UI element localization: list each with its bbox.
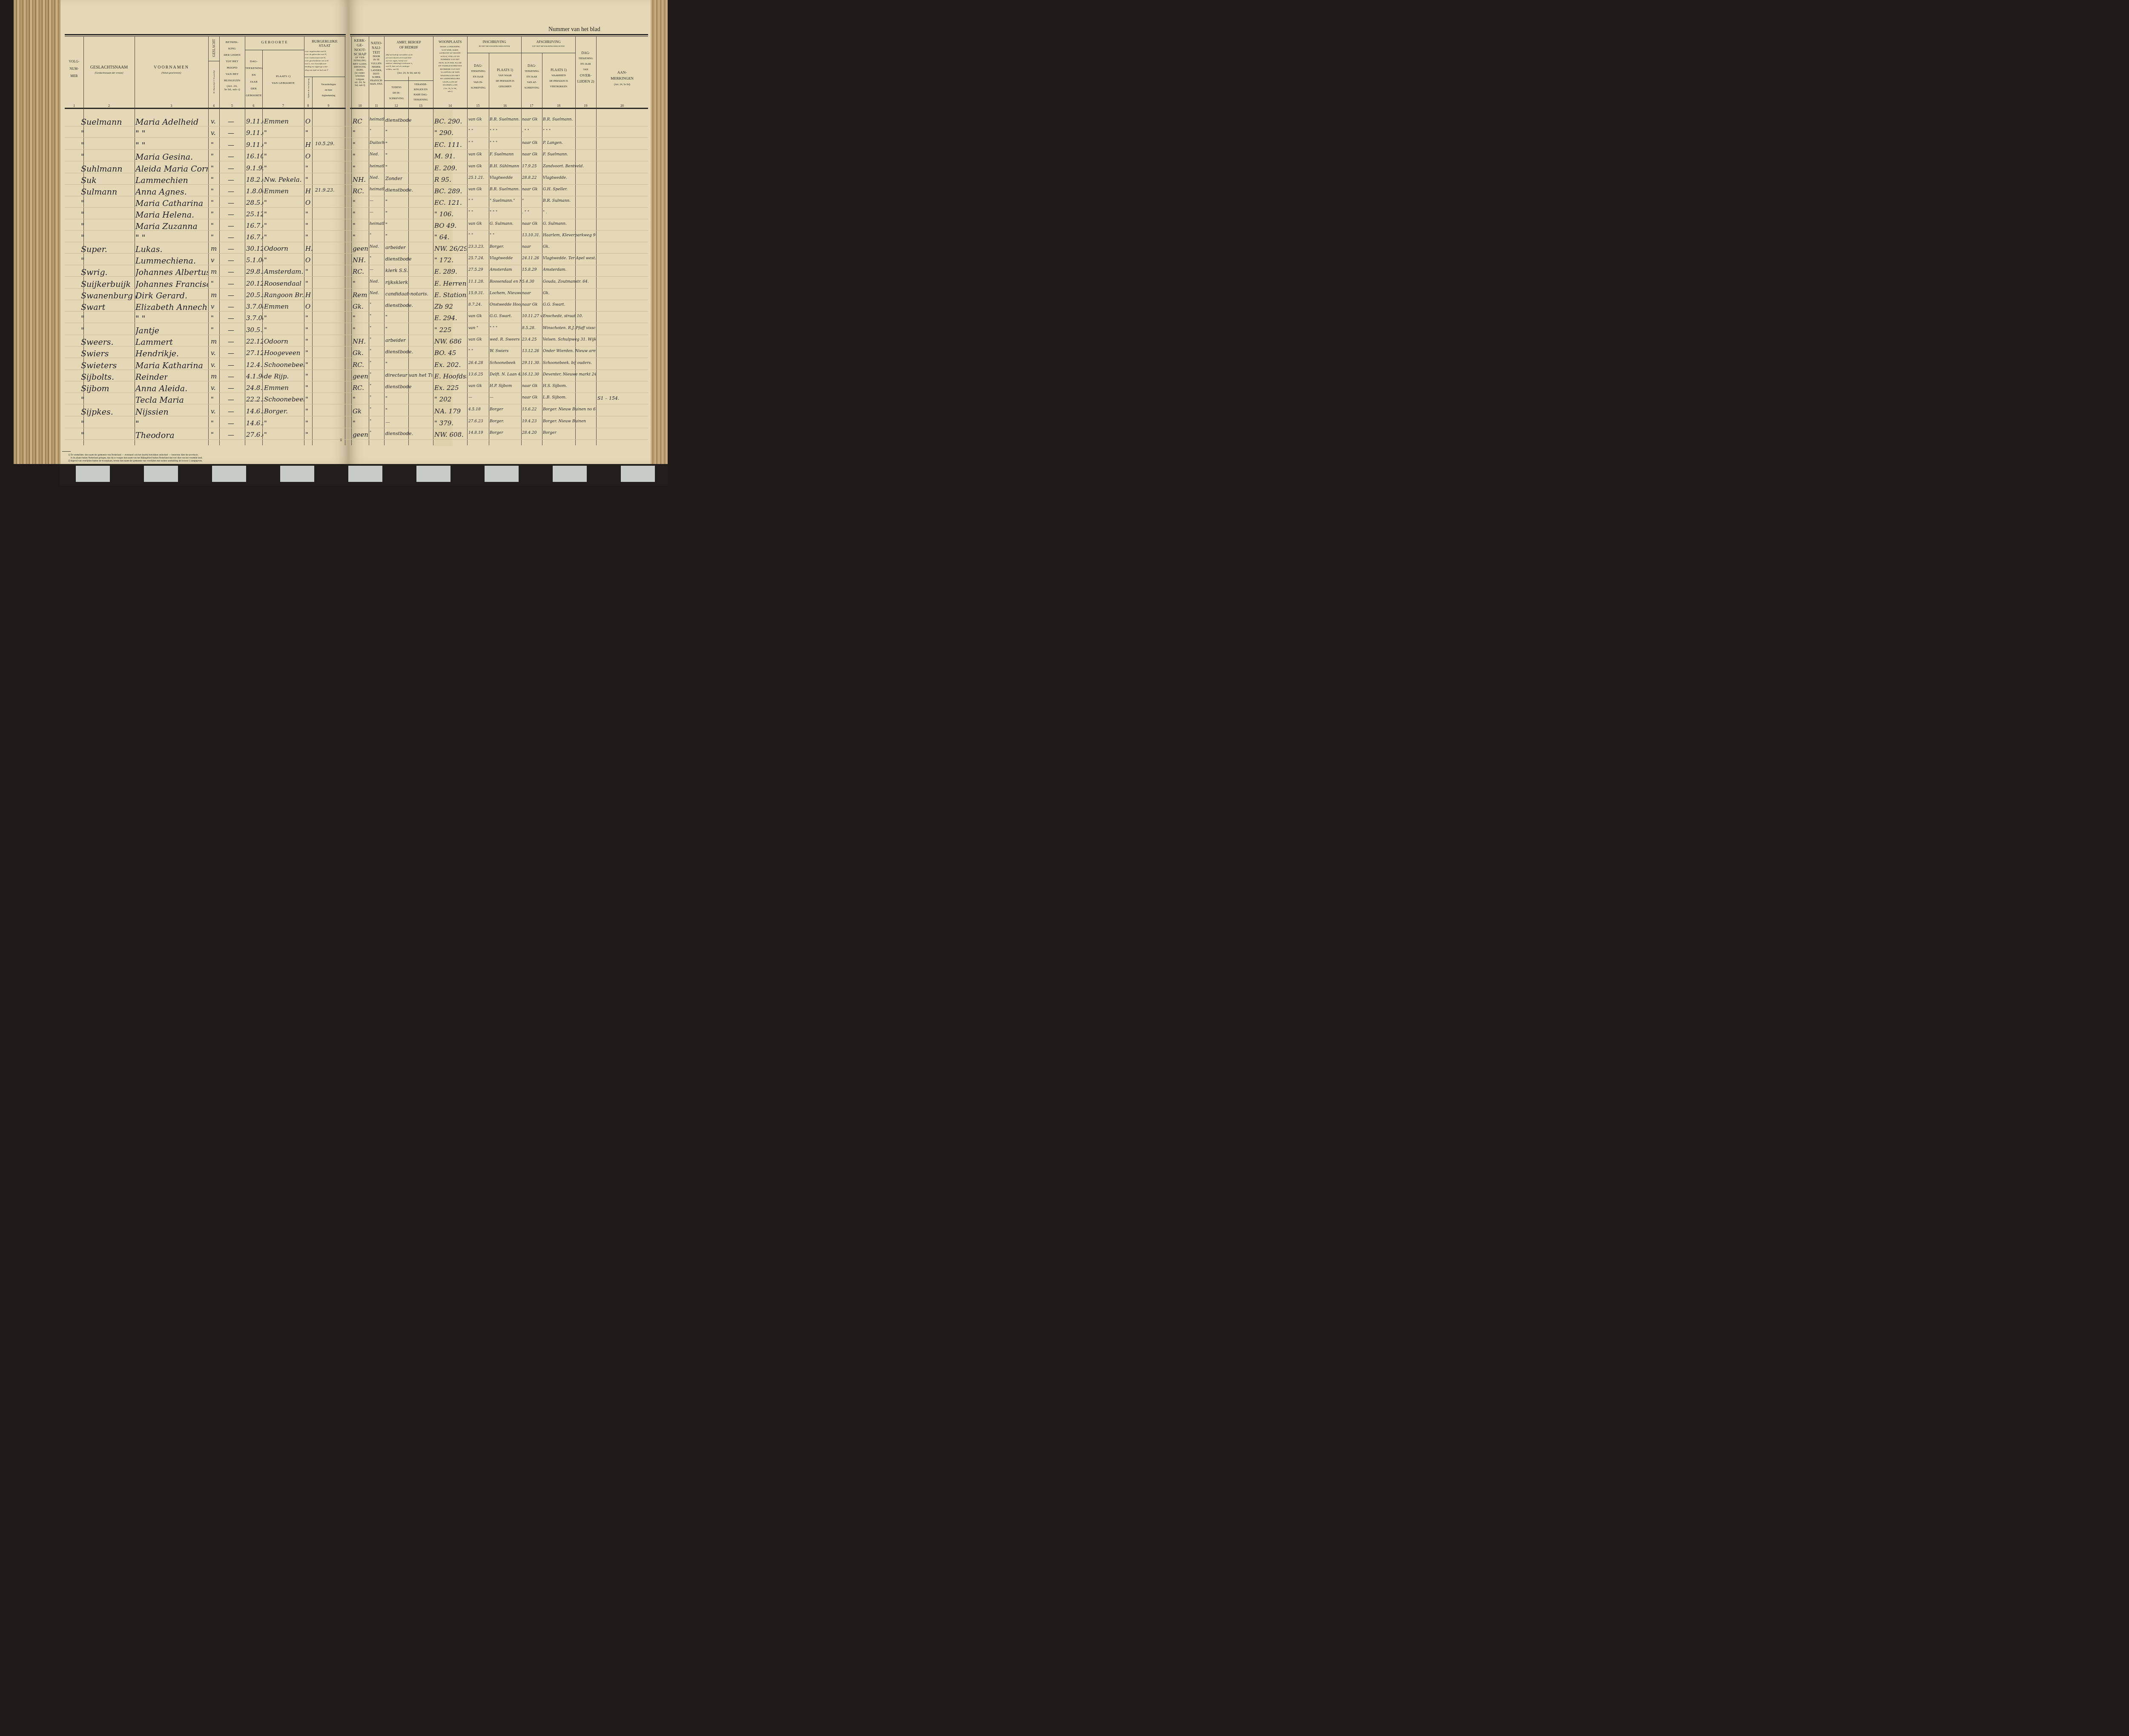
col-divider-4	[219, 37, 220, 445]
cell-occ: —	[385, 419, 390, 425]
header-text: art. 24, 3e	[351, 81, 369, 84]
header-text: TEEKENING	[245, 66, 262, 70]
cell-given: Lammechien	[135, 176, 188, 185]
column-number: 2	[83, 104, 135, 108]
cell-surname: "	[81, 129, 85, 138]
cell-church: "	[353, 326, 356, 334]
cell-church: "	[353, 164, 356, 172]
cell-res: BC. 290.	[434, 117, 462, 125]
cell-sex: "	[211, 314, 214, 322]
cell-rel: —	[228, 419, 234, 427]
header-text: LIJDEN 2)	[575, 79, 596, 83]
col4-mv-header: M. Mannelijk V. Vrouwelijk	[213, 63, 215, 101]
cell-given: " "	[135, 314, 146, 324]
cell-in-place: —	[490, 395, 494, 400]
cell-in-place: " " "	[490, 129, 497, 133]
cell-rel: —	[228, 129, 234, 137]
cell-occ: "	[385, 199, 387, 204]
header-subtext: IN HET BEVOLKINGSREGISTER	[468, 46, 521, 48]
scale-segment-white	[348, 466, 382, 482]
header-text: PLAATS 1)	[542, 68, 575, 72]
cell-civil: "	[305, 326, 308, 334]
cell-in-place: Schoonebeek	[490, 361, 516, 365]
cell-rel: —	[228, 210, 234, 218]
cell-sex: m	[211, 268, 217, 275]
col8-header: Tijdens de inschrijving	[308, 77, 310, 100]
cell-born: 4.1.96	[246, 372, 263, 380]
cell-church: RC	[353, 117, 362, 125]
header-text: EENIGING	[351, 60, 369, 63]
header-text: scheiden	[351, 75, 369, 78]
cell-place: "	[264, 210, 267, 218]
cell-in-date: van Gk	[468, 338, 482, 342]
header-text: VAN AF-	[522, 81, 542, 84]
burgerlijke-group-rule	[304, 77, 345, 77]
col-divider-17	[542, 53, 542, 445]
cell-out-place: Vlagtwedde. Ter Apel west.	[543, 256, 596, 261]
cell-in-place: Vlagtwedde	[490, 176, 513, 180]
header-subtext: VAN WIJK, DORP,	[433, 49, 467, 52]
cell-occ: Zonder	[385, 176, 402, 181]
header-text: en hare	[312, 89, 345, 92]
header-text: OVER-	[575, 73, 596, 77]
header-text: TEIT	[369, 51, 384, 55]
cell-place: Roosendaal	[264, 280, 301, 287]
col2-header: GESLACHTSNAAM (Geslachtsnaam der vrouw)	[83, 65, 135, 74]
cell-born: 20.12.04.	[246, 280, 263, 287]
scale-segment-white	[76, 466, 110, 482]
col5-header: BETREK- KING DER LEDEN TOT HET HOOFD VAN…	[219, 40, 245, 91]
cell-surname: Sulmann	[81, 187, 117, 197]
ambt-group-rule	[384, 80, 433, 81]
footnote-2: 2) Ingeval van overlijden buiten de woon…	[68, 460, 202, 462]
cell-church: "	[353, 280, 356, 287]
cell-place: de Rijp.	[264, 372, 289, 380]
cell-given: Tecla Maria	[135, 395, 184, 405]
cell-rel: —	[228, 349, 234, 357]
header-text: DE PERSOON IS	[489, 80, 521, 83]
cell-church: NH.	[353, 176, 366, 183]
col-divider-15	[489, 53, 489, 445]
header-text: GEBOORTE	[245, 94, 262, 97]
cell-out-date: 13.12.26	[522, 349, 539, 353]
cell-in-place: Borger.	[490, 245, 504, 249]
header-text: INSCHRIJVING	[468, 40, 521, 44]
cell-in-place: G.G. Swart.	[490, 314, 512, 318]
cell-out-date: 15.8.29	[522, 268, 537, 272]
cell-sex: v.	[211, 129, 215, 137]
cell-occ: dienstbode	[385, 256, 411, 262]
header-subtext: sub i)	[433, 90, 467, 94]
header-subtext: UIT HET BEVOLKINGSREGISTER	[522, 46, 575, 48]
cell-sex: v.	[211, 117, 215, 125]
cell-born: 30.12.98.	[246, 245, 263, 252]
cell-nat: "	[370, 303, 371, 307]
header-subtext: anderer rekening) werkzaam is,	[386, 63, 432, 66]
cell-civil: "	[305, 338, 308, 345]
cell-rel: —	[228, 117, 234, 125]
header-text: DAG-	[575, 51, 596, 55]
cell-out-place: H.S. Sijbom.	[543, 384, 567, 388]
header-top-rule-right	[350, 34, 648, 35]
cell-out-date: 8.5.28.	[522, 326, 536, 330]
footnote-1-cont: Is de plaats buiten Nederland gelegen, d…	[71, 457, 203, 459]
cell-surname: "	[81, 141, 85, 150]
cell-place: "	[264, 129, 267, 137]
cell-res: " 64.	[434, 233, 450, 241]
cell-born: 28.5.02	[246, 199, 263, 206]
cell-place: Odoorn	[264, 245, 288, 252]
cell-in-place: " " "	[490, 141, 497, 145]
cell-in-place: " "	[490, 233, 494, 238]
cell-nat: heimatlos.	[370, 222, 384, 226]
cell-occ: "	[385, 395, 387, 401]
cell-out-place: G.H. Speller.	[543, 187, 568, 192]
header-text: VAN WAAR	[489, 74, 521, 77]
header-subtext: (Art. 24, 3e lid, sub h)	[386, 72, 432, 75]
cell-surname: Swrig.	[81, 268, 108, 277]
cell-born: 22.2.98.	[246, 395, 263, 403]
cell-rel: —	[228, 314, 234, 322]
cell-surname: Swart	[81, 303, 105, 312]
scale-segment-white	[621, 466, 655, 482]
header-subtext: STANDPLAATS	[433, 84, 467, 87]
header-subtext: ding van tafel en bed met T	[305, 69, 345, 72]
header-text: KERK-	[351, 38, 369, 43]
column-number: 11	[369, 104, 384, 108]
cell-in-date: " "	[468, 233, 473, 238]
cell-out-place: P. Langen.	[543, 141, 563, 145]
header-text: AAN-	[596, 70, 648, 74]
header-text: TOT HET	[219, 60, 245, 63]
cell-res: " 290.	[434, 129, 453, 137]
header-subtext: EN VOORGESCHREVEN	[433, 65, 467, 68]
cell-rel: —	[228, 245, 234, 252]
header-text: PLAATS 1)	[262, 74, 304, 78]
cell-given: " "	[135, 129, 146, 138]
header-text: VULLEN:	[369, 62, 384, 66]
cell-civil: "	[305, 210, 308, 218]
cell-out-date: naar Gk	[522, 187, 537, 192]
cell-out-place: Winschoten. R.J. Pfaff visscherdijk.	[543, 326, 596, 330]
cell-place: "	[264, 256, 267, 264]
inschrijving-group-header: INSCHRIJVING IN HET BEVOLKINGSREGISTER	[468, 40, 521, 48]
cell-civil: H.	[305, 245, 312, 252]
cell-given: Maria Catharina	[135, 199, 203, 208]
header-text: dagteekening	[312, 95, 345, 97]
cell-nat: "	[370, 338, 371, 342]
cell-in-date: 26.4.28	[468, 361, 483, 365]
cell-nat: "	[370, 349, 371, 353]
header-text: HOOFD	[219, 66, 245, 69]
cell-born: 20.5.98.	[246, 291, 263, 299]
cell-church: RC.	[353, 187, 364, 195]
col14-header: WOONPLAATS	[433, 40, 467, 44]
cell-in-date: van Gk	[468, 314, 482, 318]
column-number: 18	[542, 104, 575, 108]
cell-out-date: 13.10.31.	[522, 233, 540, 238]
cell-nat: "	[370, 395, 371, 400]
column-number: 15	[467, 104, 489, 108]
header-text: TIJDENS	[384, 86, 408, 89]
header-subtext: SCHAP, STRAAT EN	[433, 55, 467, 59]
cell-occ: "	[385, 129, 387, 135]
header-subtext: GEHUCHT OF BUURT-	[433, 52, 467, 55]
cell-res: E. Hoofdstr. 32	[434, 372, 467, 380]
cell-church: "	[353, 222, 356, 229]
column-number: 9	[312, 104, 345, 108]
cell-in-date: van "	[468, 326, 478, 330]
row-ruling	[65, 242, 648, 242]
header-text: SCHER.	[369, 76, 384, 79]
cell-rel: —	[228, 431, 234, 438]
cell-sex: m	[211, 338, 217, 345]
cell-given: Jantje	[135, 326, 159, 335]
cell-born: 22.12.02	[246, 338, 263, 345]
col-divider-16	[521, 37, 522, 445]
cell-born: 1.8.00	[246, 187, 263, 195]
cell-res: BO. 45	[434, 349, 456, 357]
cell-given: Maria Adelheid	[135, 117, 198, 127]
header-text: TEEKENING	[468, 70, 489, 73]
cell-out-place: Schoonebeek. bij ouders.	[543, 361, 592, 365]
col9-header: Veranderingen en hare dagteekening	[312, 83, 345, 97]
header-subtext: DE GEBRUIKELIJKE	[433, 77, 467, 81]
cell-nat: —	[370, 199, 373, 203]
cell-res: E. Stationsstr. 25	[434, 291, 467, 299]
header-text: WAARHEEN	[542, 74, 575, 77]
cell-occ: "	[385, 361, 387, 367]
cell-given: Lammert	[135, 338, 173, 347]
cell-civil: "	[305, 419, 308, 427]
col1-header: VOLG- NUM- MER	[65, 60, 83, 78]
cell-nat: heimatlos.	[370, 117, 384, 122]
cell-nat: Ned.	[370, 280, 379, 284]
cell-civil: "	[305, 280, 308, 287]
cell-born: 12.4.11.	[246, 361, 263, 369]
cell-sex: "	[211, 176, 214, 183]
cell-church: Gk	[353, 407, 362, 415]
cell-out-date: "	[522, 199, 524, 203]
header-text: GEKOMEN	[489, 86, 521, 89]
col10-header: KERK- GE- NOOT- SCHAP OF VER- EENIGING M…	[351, 38, 369, 87]
cell-civil: O	[305, 199, 310, 206]
cell-rel: —	[228, 280, 234, 287]
header-text: NUM-	[65, 67, 83, 71]
header-text: JAAR	[245, 80, 262, 83]
cell-out-place: B.R. Sulmann.	[543, 199, 571, 203]
cell-surname: "	[81, 233, 85, 243]
cell-sex: "	[211, 280, 214, 287]
cell-place: Rangoon Br. Indië	[264, 291, 304, 299]
cell-place: Odoorn	[264, 338, 288, 345]
cell-sex: "	[211, 210, 214, 218]
cell-sex: m	[211, 372, 217, 380]
cell-place: "	[264, 152, 267, 160]
header-text: PLAATS 1)	[489, 68, 521, 72]
header-text: DAG-	[522, 64, 542, 68]
cell-out-date: 24.11.26	[522, 256, 539, 261]
ambt-instructions: (Bij het bedrijf vermelden of de persoon…	[386, 54, 432, 75]
cell-in-date: 4.5.18	[468, 407, 481, 412]
cell-born: 9.11.04.	[246, 117, 263, 125]
cell-civil: O	[305, 117, 310, 125]
cell-occ: "	[385, 141, 387, 146]
burgerlijke-group-header: BURGERLIJKE STAAT	[304, 39, 345, 48]
cell-in-date: 15.9.31.	[468, 291, 484, 295]
column-number: 14	[433, 104, 467, 108]
cell-out-place: Onder Wierden. Nieuw armhuis.	[543, 349, 596, 353]
cell-out-date: 16.12.30	[522, 372, 539, 377]
header-text: 3e lid, sub c)	[219, 88, 245, 91]
cell-in-place: B.H. Sühlmann	[490, 164, 519, 169]
cell-occ: klerk S.S.	[385, 268, 408, 273]
header-text: LANDER,	[369, 69, 384, 72]
cell-rel: —	[228, 268, 234, 275]
cell-civil: "	[305, 129, 308, 137]
header-text: (te onder-	[351, 72, 369, 75]
cell-civil: "	[305, 384, 308, 392]
cell-sex: "	[211, 419, 214, 427]
cell-out-place: Deventer, Nieuwe markt 24.	[543, 372, 596, 377]
column-number: 4	[208, 104, 219, 108]
cell-given: Lummechiena.	[135, 256, 196, 266]
cell-church: "	[353, 129, 356, 137]
cell-civil: O	[305, 303, 310, 310]
cell-nat: Ned.	[370, 152, 379, 157]
cell-given: Johannes Albertus Alphonsus.	[135, 268, 208, 277]
cell-rel: —	[228, 384, 234, 392]
header-text: DAG-	[245, 60, 262, 63]
col-divider-5	[245, 37, 245, 445]
cell-out-place: G. Sulmann.	[543, 222, 567, 226]
column-number: 6	[245, 104, 262, 108]
col16-header: PLAATS 1) VAN WAAR DE PERSOON IS GEKOMEN	[489, 68, 521, 89]
header-text: STAAT	[304, 43, 345, 48]
cell-sex: "	[211, 164, 214, 172]
cell-given: Maria Gesina.	[135, 152, 193, 162]
cell-nat: "	[370, 407, 371, 412]
cell-out-date: naar Gk	[522, 117, 537, 122]
cell-sex: v.	[211, 349, 215, 357]
cell-in-date: 27.5.29	[468, 268, 483, 272]
cell-church: "	[353, 395, 356, 403]
cell-out-place: Borger	[543, 431, 557, 435]
cell-nat: "	[370, 314, 371, 318]
header-text: TEEKENING	[575, 57, 596, 60]
cell-sex: m	[211, 291, 217, 299]
cell-rel: —	[228, 164, 234, 172]
cell-out-date: naar	[522, 291, 531, 295]
header-text: NATIO-	[369, 41, 384, 46]
cell-occ: "	[385, 326, 387, 332]
cell-civil: "	[305, 222, 308, 229]
col-divider-8	[312, 77, 313, 445]
cell-born: 30.5.10.	[246, 326, 263, 334]
cell-place: Hoogeveen	[264, 349, 301, 357]
cell-civil-change: 21.9.23.	[315, 187, 334, 193]
cell-out-place: Borger. Nieuw Buinen no 62	[543, 407, 596, 412]
cell-church: NH.	[353, 338, 366, 345]
cell-res: " 106.	[434, 210, 453, 218]
cell-nat: "	[370, 384, 371, 388]
col-divider-10-left	[351, 37, 352, 445]
cell-given: Reinder	[135, 372, 168, 382]
cell-out-place: L.B. Sijbom.	[543, 395, 567, 400]
header-subtext: VAARTUIG OF DEN	[433, 71, 467, 74]
cell-res: NA. 179	[434, 407, 461, 415]
cell-out-date: 17.9.25	[522, 164, 537, 169]
cell-in-date: 11.1.28.	[468, 280, 484, 284]
header-text: NEDER-	[369, 66, 384, 69]
header-text: BETREK-	[219, 40, 245, 44]
cell-in-place: B.R. Suelmann.	[490, 187, 520, 192]
cell-res: " 225	[434, 326, 451, 334]
cell-given: Nijssien	[135, 407, 169, 417]
header-text: GESLACHTSNAAM	[83, 65, 135, 70]
cell-occ: "	[385, 164, 387, 170]
inschrijving-group-rule	[468, 53, 521, 53]
cell-res: BO 49.	[434, 222, 456, 229]
cell-nat: heimatlos.	[370, 187, 384, 192]
row-ruling	[65, 428, 648, 428]
cell-nat: "	[370, 361, 371, 365]
cell-born: 29.8.97.	[246, 268, 263, 275]
page-edges-left	[14, 0, 60, 464]
cell-res: Ex. 202.	[434, 361, 461, 369]
header-subtext: voor ongehuwden met O,	[305, 50, 345, 53]
cell-church: geen	[353, 372, 368, 380]
header-text: DER LEDEN	[219, 53, 245, 57]
cell-out-place: G.G. Swart.	[543, 303, 565, 307]
cell-place: Emmen	[264, 187, 289, 195]
header-text: BURGERLIJKE	[304, 39, 345, 43]
column-number: 12	[384, 104, 408, 108]
cell-res: E. 294.	[434, 314, 457, 322]
cell-civil: "	[305, 407, 308, 415]
header-subtext: zij voor eigen, hetzij voor	[386, 60, 432, 63]
header-subtext: (Voluit geschreven)	[135, 72, 208, 75]
cell-in-date: van Gk	[468, 384, 482, 388]
header-text: NALI-	[369, 46, 384, 51]
col4-geslacht-header: GESLACHT	[212, 34, 216, 62]
cell-out-place: Borger. Nieuw Buinen	[543, 419, 586, 424]
cell-place: "	[264, 326, 267, 334]
cell-church: "	[353, 141, 356, 149]
cell-occ: "	[385, 210, 387, 216]
header-text: VAN HET	[219, 72, 245, 76]
cell-place: Amsterdam.	[264, 268, 303, 275]
cell-in-place: " " "	[490, 210, 497, 215]
cell-civil-change: 10.5.29.	[315, 141, 334, 146]
col19-header: DAG- TEEKENING EN JAAR VAN OVER- LIJDEN …	[575, 51, 596, 84]
cell-out-date: 29.11.30.	[522, 361, 540, 365]
cell-born: 14.6.90	[246, 419, 263, 427]
cell-civil: O	[305, 256, 310, 264]
cell-out-place: Zandvoort. Bentveld.	[543, 164, 584, 169]
afschrijving-group-rule	[522, 53, 575, 53]
cell-place: Borger.	[264, 407, 288, 415]
cell-surname: "	[81, 395, 85, 405]
cell-place: "	[264, 199, 267, 206]
cell-res: BC. 289.	[434, 187, 462, 195]
cell-in-place: Onstwedde Hoofdstr. 10.	[490, 303, 521, 307]
cell-out-date: naar	[522, 245, 531, 249]
cell-occ: "	[385, 407, 387, 413]
header-text: EN JAAR	[575, 63, 596, 66]
cell-rel: —	[228, 152, 234, 160]
cell-sex: v.	[211, 407, 215, 415]
